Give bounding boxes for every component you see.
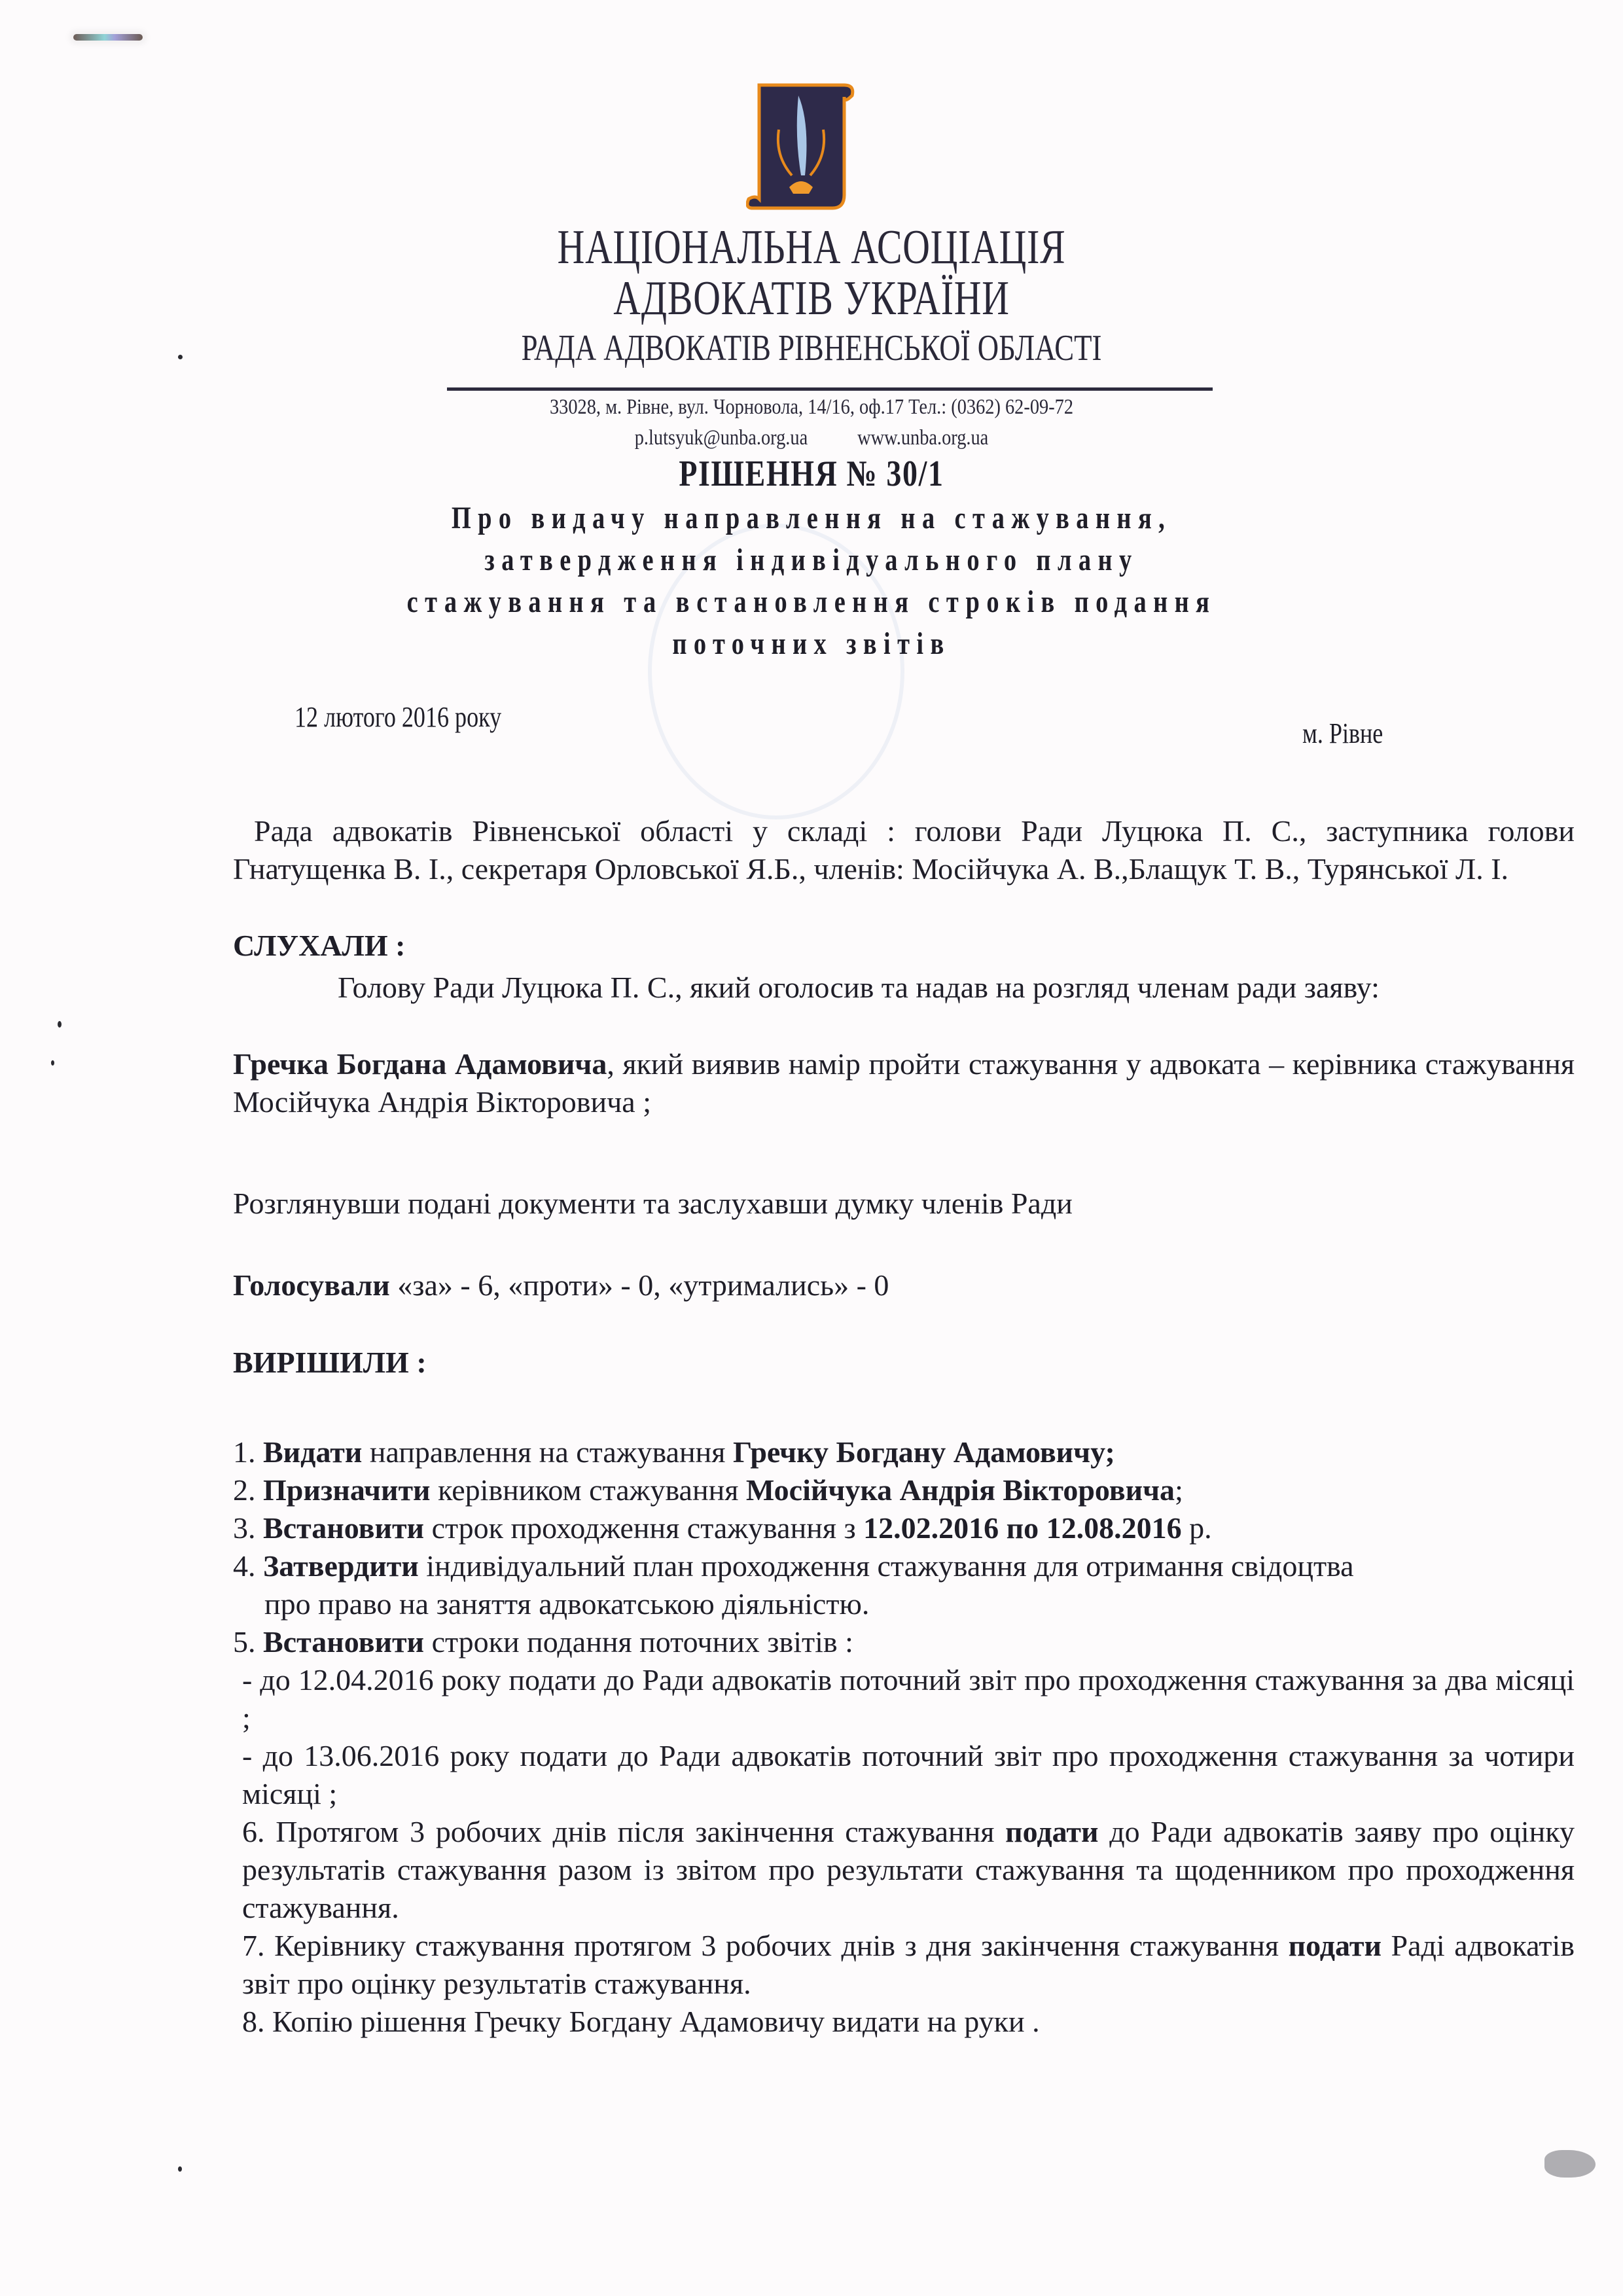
- vote-result: «за» - 6, «проти» - 0, «утримались» - 0: [390, 1268, 889, 1302]
- vote-label: Голосували: [233, 1268, 390, 1302]
- applicant-paragraph: Гречка Богдана Адамовича, який виявив на…: [233, 1045, 1575, 1121]
- margin-dot: [51, 1060, 54, 1066]
- council-name: РАДА АДВОКАТІВ РІВНЕНСЬКОЇ ОБЛАСТІ: [162, 327, 1461, 369]
- letterhead-divider: [447, 387, 1213, 391]
- resolution-item-6: 6. Протягом 3 робочих днів після закінче…: [233, 1813, 1575, 1927]
- considered-line: Розглянувши подані документи та заслухав…: [233, 1185, 1575, 1223]
- resolution-item-4-continued: про право на заняття адвокатською діяльн…: [233, 1585, 1575, 1623]
- applicant-name: Гречка Богдана Адамовича: [233, 1047, 607, 1081]
- decision-subject: Про видачу направлення на стажування, за…: [319, 497, 1304, 665]
- resolution-item-5: 5. Встановити строки подання поточних зв…: [233, 1623, 1575, 1661]
- decision-number: РІШЕННЯ № 30/1: [146, 453, 1477, 495]
- heard-heading: СЛУХАЛИ :: [233, 928, 405, 963]
- resolutions-list: 1. Видати направлення на стажування Греч…: [233, 1433, 1575, 2041]
- document-page: НАЦІОНАЛЬНА АСОЦІАЦІЯ АДВОКАТІВ УКРАЇНИ …: [0, 0, 1623, 2296]
- resolution-item-8: 8. Копію рішення Гречку Богдану Адамович…: [233, 2003, 1575, 2041]
- ink-blot: [1544, 2150, 1596, 2178]
- org-name-line1: НАЦІОНАЛЬНА АСОЦІАЦІЯ: [179, 220, 1444, 276]
- org-name-line2: АДВОКАТІВ УКРАЇНИ: [179, 271, 1444, 327]
- decision-date: 12 лютого 2016 року: [294, 700, 501, 734]
- margin-dot: [178, 2166, 182, 2172]
- email-link[interactable]: p.lutsyuk@unba.org.ua: [635, 426, 808, 450]
- resolution-item-3: 3. Встановити строк проходження стажуван…: [233, 1509, 1575, 1547]
- resolution-item-4: 4. Затвердити індивідуальний план проход…: [233, 1547, 1575, 1585]
- website-link[interactable]: www.unba.org.ua: [857, 426, 988, 450]
- staple: [73, 34, 143, 41]
- subject-line: поточних звітів: [319, 623, 1304, 665]
- resolution-item-1: 1. Видати направлення на стажування Греч…: [233, 1433, 1575, 1471]
- heard-text: Голову Ради Луцюка П. С., який оголосив …: [233, 969, 1575, 1007]
- subject-line: Про видачу направлення на стажування,: [319, 497, 1304, 539]
- report-deadline-2: - до 13.06.2016 року подати до Ради адво…: [233, 1737, 1575, 1813]
- vote-line: Голосували «за» - 6, «проти» - 0, «утрим…: [233, 1266, 1575, 1304]
- report-deadline-1: - до 12.04.2016 року подати до Ради адво…: [233, 1661, 1575, 1737]
- unba-scroll-logo-icon: [746, 77, 857, 215]
- resolution-item-7: 7. Керівнику стажування протягом 3 робоч…: [233, 1927, 1575, 2003]
- council-composition: Рада адвокатів Рівненської області у скл…: [233, 812, 1575, 888]
- margin-dot: [58, 1021, 62, 1028]
- resolved-heading: ВИРІШИЛИ :: [233, 1345, 427, 1380]
- resolution-item-2: 2. Призначити керівником стажування Мосі…: [233, 1471, 1575, 1509]
- decision-city: м. Рівне: [1302, 717, 1383, 750]
- address-line: 33028, м. Рівне, вул. Чорновола, 14/16, …: [114, 395, 1510, 420]
- subject-line: стажування та встановлення строків подан…: [319, 581, 1304, 623]
- contact-line: p.lutsyuk@unba.org.ua www.unba.org.ua: [114, 426, 1510, 450]
- subject-line: затвердження індивідуального плану: [319, 539, 1304, 581]
